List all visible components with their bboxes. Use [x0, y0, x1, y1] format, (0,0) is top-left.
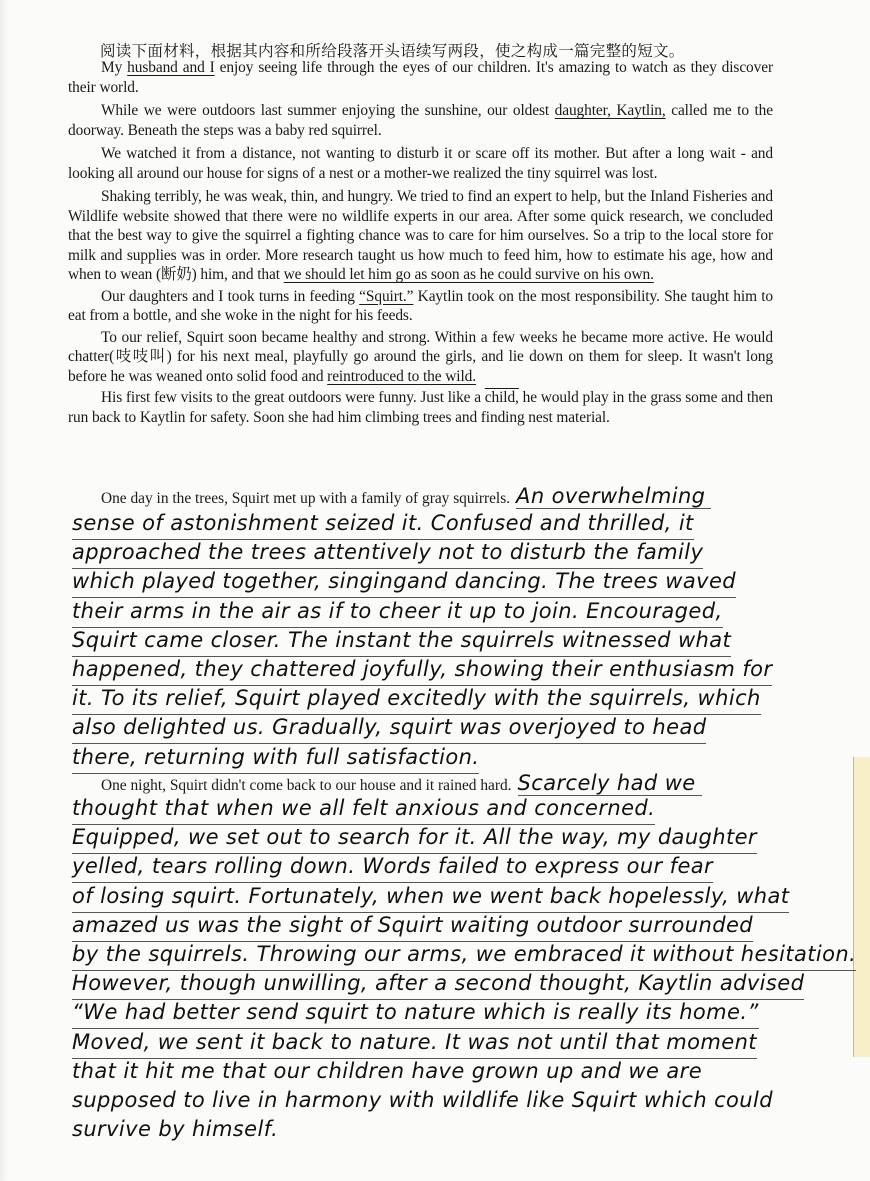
passage-paragraph-1: My husband and I enjoy seeing life throu… — [68, 58, 773, 97]
handwritten-line: it. To its relief, Squirt played excited… — [72, 685, 761, 715]
passage-paragraph-3: We watched it from a distance, not wanti… — [68, 144, 773, 183]
handwritten-line: their arms in the air as if to cheer it … — [72, 598, 723, 628]
handwritten-line: also delighted us. Gradually, squirt was… — [72, 714, 706, 744]
handwritten-line: thought that when we all felt anxious an… — [72, 795, 655, 825]
passage-paragraph-4: Shaking terribly, he was weak, thin, and… — [68, 187, 773, 285]
continuation-1-prompt: One day in the trees, Squirt met up with… — [101, 490, 510, 507]
handwritten-line: survive by himself. — [72, 1116, 278, 1145]
overlined-word: child, — [485, 389, 519, 406]
handwritten-line: sense of astonishment seized it. Confuse… — [72, 510, 694, 540]
passage-paragraph-7: His first few visits to the great outdoo… — [68, 388, 773, 427]
handwritten-line: that it hit me that our children have gr… — [72, 1058, 702, 1087]
underlined-phrase: we should let him go as soon as he could… — [284, 266, 654, 283]
handwritten-line: by the squirrels. Throwing our arms, we … — [72, 941, 856, 971]
handwritten-line: Moved, we sent it back to nature. It was… — [72, 1029, 757, 1059]
handwritten-line: of losing squirt. Fortunately, when we w… — [72, 883, 789, 913]
handwritten-line: supposed to live in harmony with wildlif… — [72, 1087, 773, 1116]
handwritten-line: Squirt came closer. The instant the squi… — [72, 627, 731, 657]
handwritten-line: which played together, singingand dancin… — [72, 568, 736, 598]
handwritten-text: Scarcely had we — [518, 771, 702, 796]
handwritten-line: happened, they chattered joyfully, showi… — [72, 656, 772, 686]
handwritten-line: “We had better send squirt to nature whi… — [72, 999, 759, 1029]
handwritten-line: However, though unwilling, after a secon… — [72, 970, 804, 1000]
passage-paragraph-2: While we were outdoors last summer enjoy… — [68, 101, 773, 140]
page-edge-shadow — [0, 0, 8, 1181]
reading-passage: My husband and I enjoy seeing life throu… — [68, 58, 773, 427]
yellow-sticky-tab — [853, 757, 870, 1057]
underlined-phrase: daughter, Kaytlin, — [555, 102, 666, 119]
handwritten-line: there, returning with full satisfaction. — [72, 744, 479, 774]
handwritten-line: amazed us was the sight of Squirt waitin… — [72, 912, 753, 942]
handwritten-line: yelled, tears rolling down. Words failed… — [72, 853, 713, 883]
passage-paragraph-6: To our relief, Squirt soon became health… — [68, 328, 773, 387]
passage-paragraph-5: Our daughters and I took turns in feedin… — [68, 287, 773, 326]
underlined-phrase: “Squirt.” — [359, 288, 413, 305]
continuation-2-prompt: One night, Squirt didn't come back to ou… — [101, 777, 512, 794]
scanned-worksheet-page: 阅读下面材料，根据其内容和所给段落开头语续写两段，使之构成一篇完整的短文。 My… — [0, 0, 870, 1181]
handwritten-text: An overwhelming — [516, 484, 711, 509]
underlined-phrase: husband and I — [127, 59, 215, 76]
underlined-phrase: reintroduced to the wild. — [327, 368, 476, 385]
continuation-2-opening: One night, Squirt didn't come back to ou… — [101, 771, 702, 795]
handwritten-line: Equipped, we set out to search for it. A… — [72, 824, 757, 854]
handwritten-line: approached the trees attentively not to … — [72, 539, 703, 569]
continuation-1-opening: One day in the trees, Squirt met up with… — [101, 484, 711, 508]
